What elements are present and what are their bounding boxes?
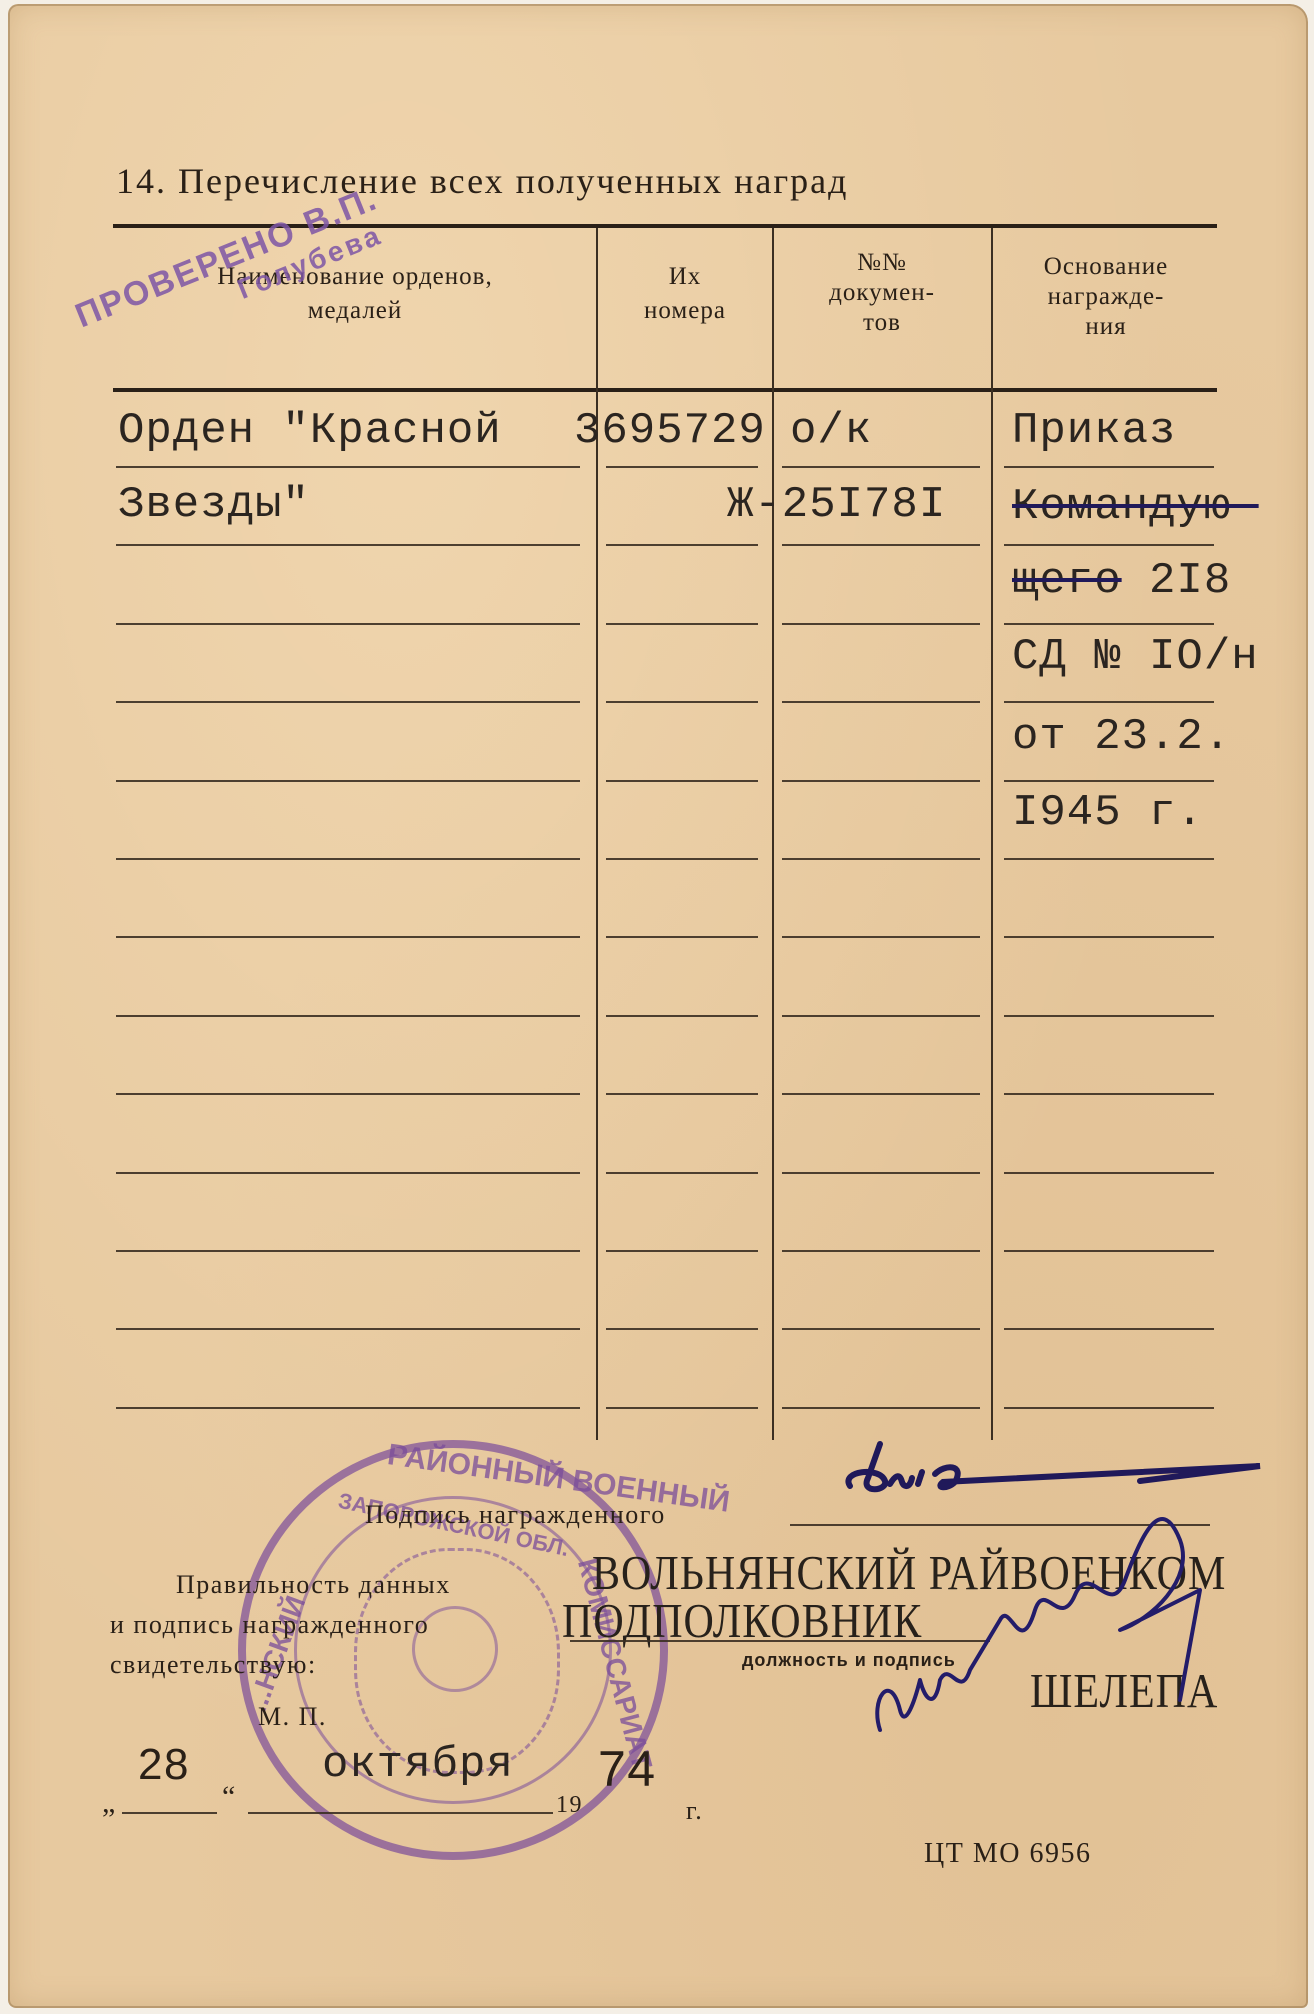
table-row-line [606, 1015, 758, 1017]
date-close-quote: “ [222, 1780, 237, 1814]
table-row-line [116, 544, 580, 546]
table-row-line [782, 780, 980, 782]
table-row-line [1004, 466, 1214, 468]
table-row-line [606, 466, 758, 468]
table-row-line [606, 701, 758, 703]
table-row-line [782, 701, 980, 703]
document-series: о/к [790, 406, 872, 456]
table-row-line [782, 1328, 980, 1330]
table-row-line [606, 623, 758, 625]
table-row-line [1004, 1328, 1214, 1330]
date-month: октября [322, 1740, 514, 1790]
table-row-line [782, 1250, 980, 1252]
header-line: Основание [995, 252, 1217, 282]
header-line: №№ [776, 248, 988, 278]
date-month-line [248, 1812, 553, 1814]
date-day: 28 [138, 1740, 190, 1790]
table-row-line [606, 780, 758, 782]
table-row-line [1004, 1015, 1214, 1017]
award-name-line-1: Орден "Красной [118, 406, 502, 456]
table-row-line [782, 858, 980, 860]
recipient-signature-label: Подпись награжденного [365, 1500, 666, 1530]
table-row-line [1004, 1407, 1214, 1409]
table-row-line [782, 1407, 980, 1409]
table-row-line [606, 858, 758, 860]
basis-line-1: Приказ [1012, 406, 1176, 456]
table-row-line [1004, 623, 1214, 625]
basis-line-2-struck: Командую- [1012, 482, 1259, 532]
table-row-line [116, 1093, 580, 1095]
basis-line-3: щего 2I8 [1012, 556, 1231, 606]
column-header-basis: Основание награжде- ния [995, 252, 1217, 342]
table-row-line [606, 1172, 758, 1174]
table-row-line [116, 1328, 580, 1330]
table-row-line [116, 1250, 580, 1252]
table-row-line [782, 1093, 980, 1095]
table-row-line [606, 1407, 758, 1409]
section-title: 14. Перечисление всех полученных наград [116, 160, 848, 202]
table-row-line [116, 936, 580, 938]
recipient-signature-icon [840, 1436, 1280, 1506]
column-header-documents: №№ докумен- тов [776, 248, 988, 338]
table-row-line [1004, 1093, 1214, 1095]
table-row-line [606, 1328, 758, 1330]
table-row-line [606, 936, 758, 938]
basis-line-5: от 23.2. [1012, 712, 1231, 762]
table-row-line [782, 1172, 980, 1174]
date-year: 74 [598, 1740, 657, 1798]
table-row-line [116, 1172, 580, 1174]
table-row-line [782, 466, 980, 468]
column-divider-2 [772, 228, 774, 1440]
division-number: 2I8 [1149, 556, 1231, 606]
table-row-line [116, 780, 580, 782]
certify-line-1: Правильность данных [176, 1570, 451, 1600]
certify-line-3: свидетельствую: [110, 1650, 317, 1680]
table-row-line [116, 858, 580, 860]
header-line: ния [995, 312, 1217, 342]
table-row-line [116, 466, 580, 468]
date-century: 19 [556, 1792, 583, 1819]
table-row-line [1004, 858, 1214, 860]
table-row-line [116, 701, 580, 703]
basis-line-6: I945 г. [1012, 788, 1204, 838]
date-year-suffix: г. [686, 1796, 703, 1826]
header-line: тов [776, 308, 988, 338]
basis-line-4: СД № IO/н [1012, 632, 1259, 682]
table-row-line [1004, 936, 1214, 938]
award-name-line-2: Звезды" [118, 480, 310, 530]
table-row-line [606, 544, 758, 546]
section-title-text: Перечисление всех полученных наград [178, 161, 848, 201]
table-row-line [782, 1015, 980, 1017]
certify-line-2: и подпись награжденного [110, 1610, 429, 1640]
date-day-line [122, 1812, 217, 1814]
table-row-line [1004, 544, 1214, 546]
basis-struck-word: щего [1012, 556, 1122, 606]
award-number: 3695729 [574, 406, 766, 456]
table-row-line [1004, 780, 1214, 782]
table-row-line [116, 623, 580, 625]
print-code: ЦТ МО 6956 [924, 1838, 1091, 1870]
header-line: докумен- [776, 278, 988, 308]
header-line: Их [600, 262, 770, 292]
table-row-line [782, 623, 980, 625]
header-line: номера [600, 296, 770, 326]
table-row-line [116, 1015, 580, 1017]
column-header-numbers: Их номера [600, 262, 770, 326]
section-number: 14. [116, 161, 167, 201]
table-row-line [606, 1093, 758, 1095]
date-open-quote: „ [102, 1786, 117, 1820]
table-row-line [782, 936, 980, 938]
table-row-line [116, 1407, 580, 1409]
header-bottom-rule [113, 388, 1217, 392]
table-row-line [606, 1250, 758, 1252]
seal-placeholder-label: М. П. [258, 1702, 327, 1732]
column-divider-3 [991, 228, 993, 1440]
header-line: награжде- [995, 282, 1217, 312]
table-row-line [1004, 1172, 1214, 1174]
table-row-line [782, 544, 980, 546]
document-number: Ж-25I78I [727, 480, 946, 530]
table-row-line [1004, 701, 1214, 703]
official-signature-icon [860, 1500, 1240, 1750]
table-row-line [1004, 1250, 1214, 1252]
